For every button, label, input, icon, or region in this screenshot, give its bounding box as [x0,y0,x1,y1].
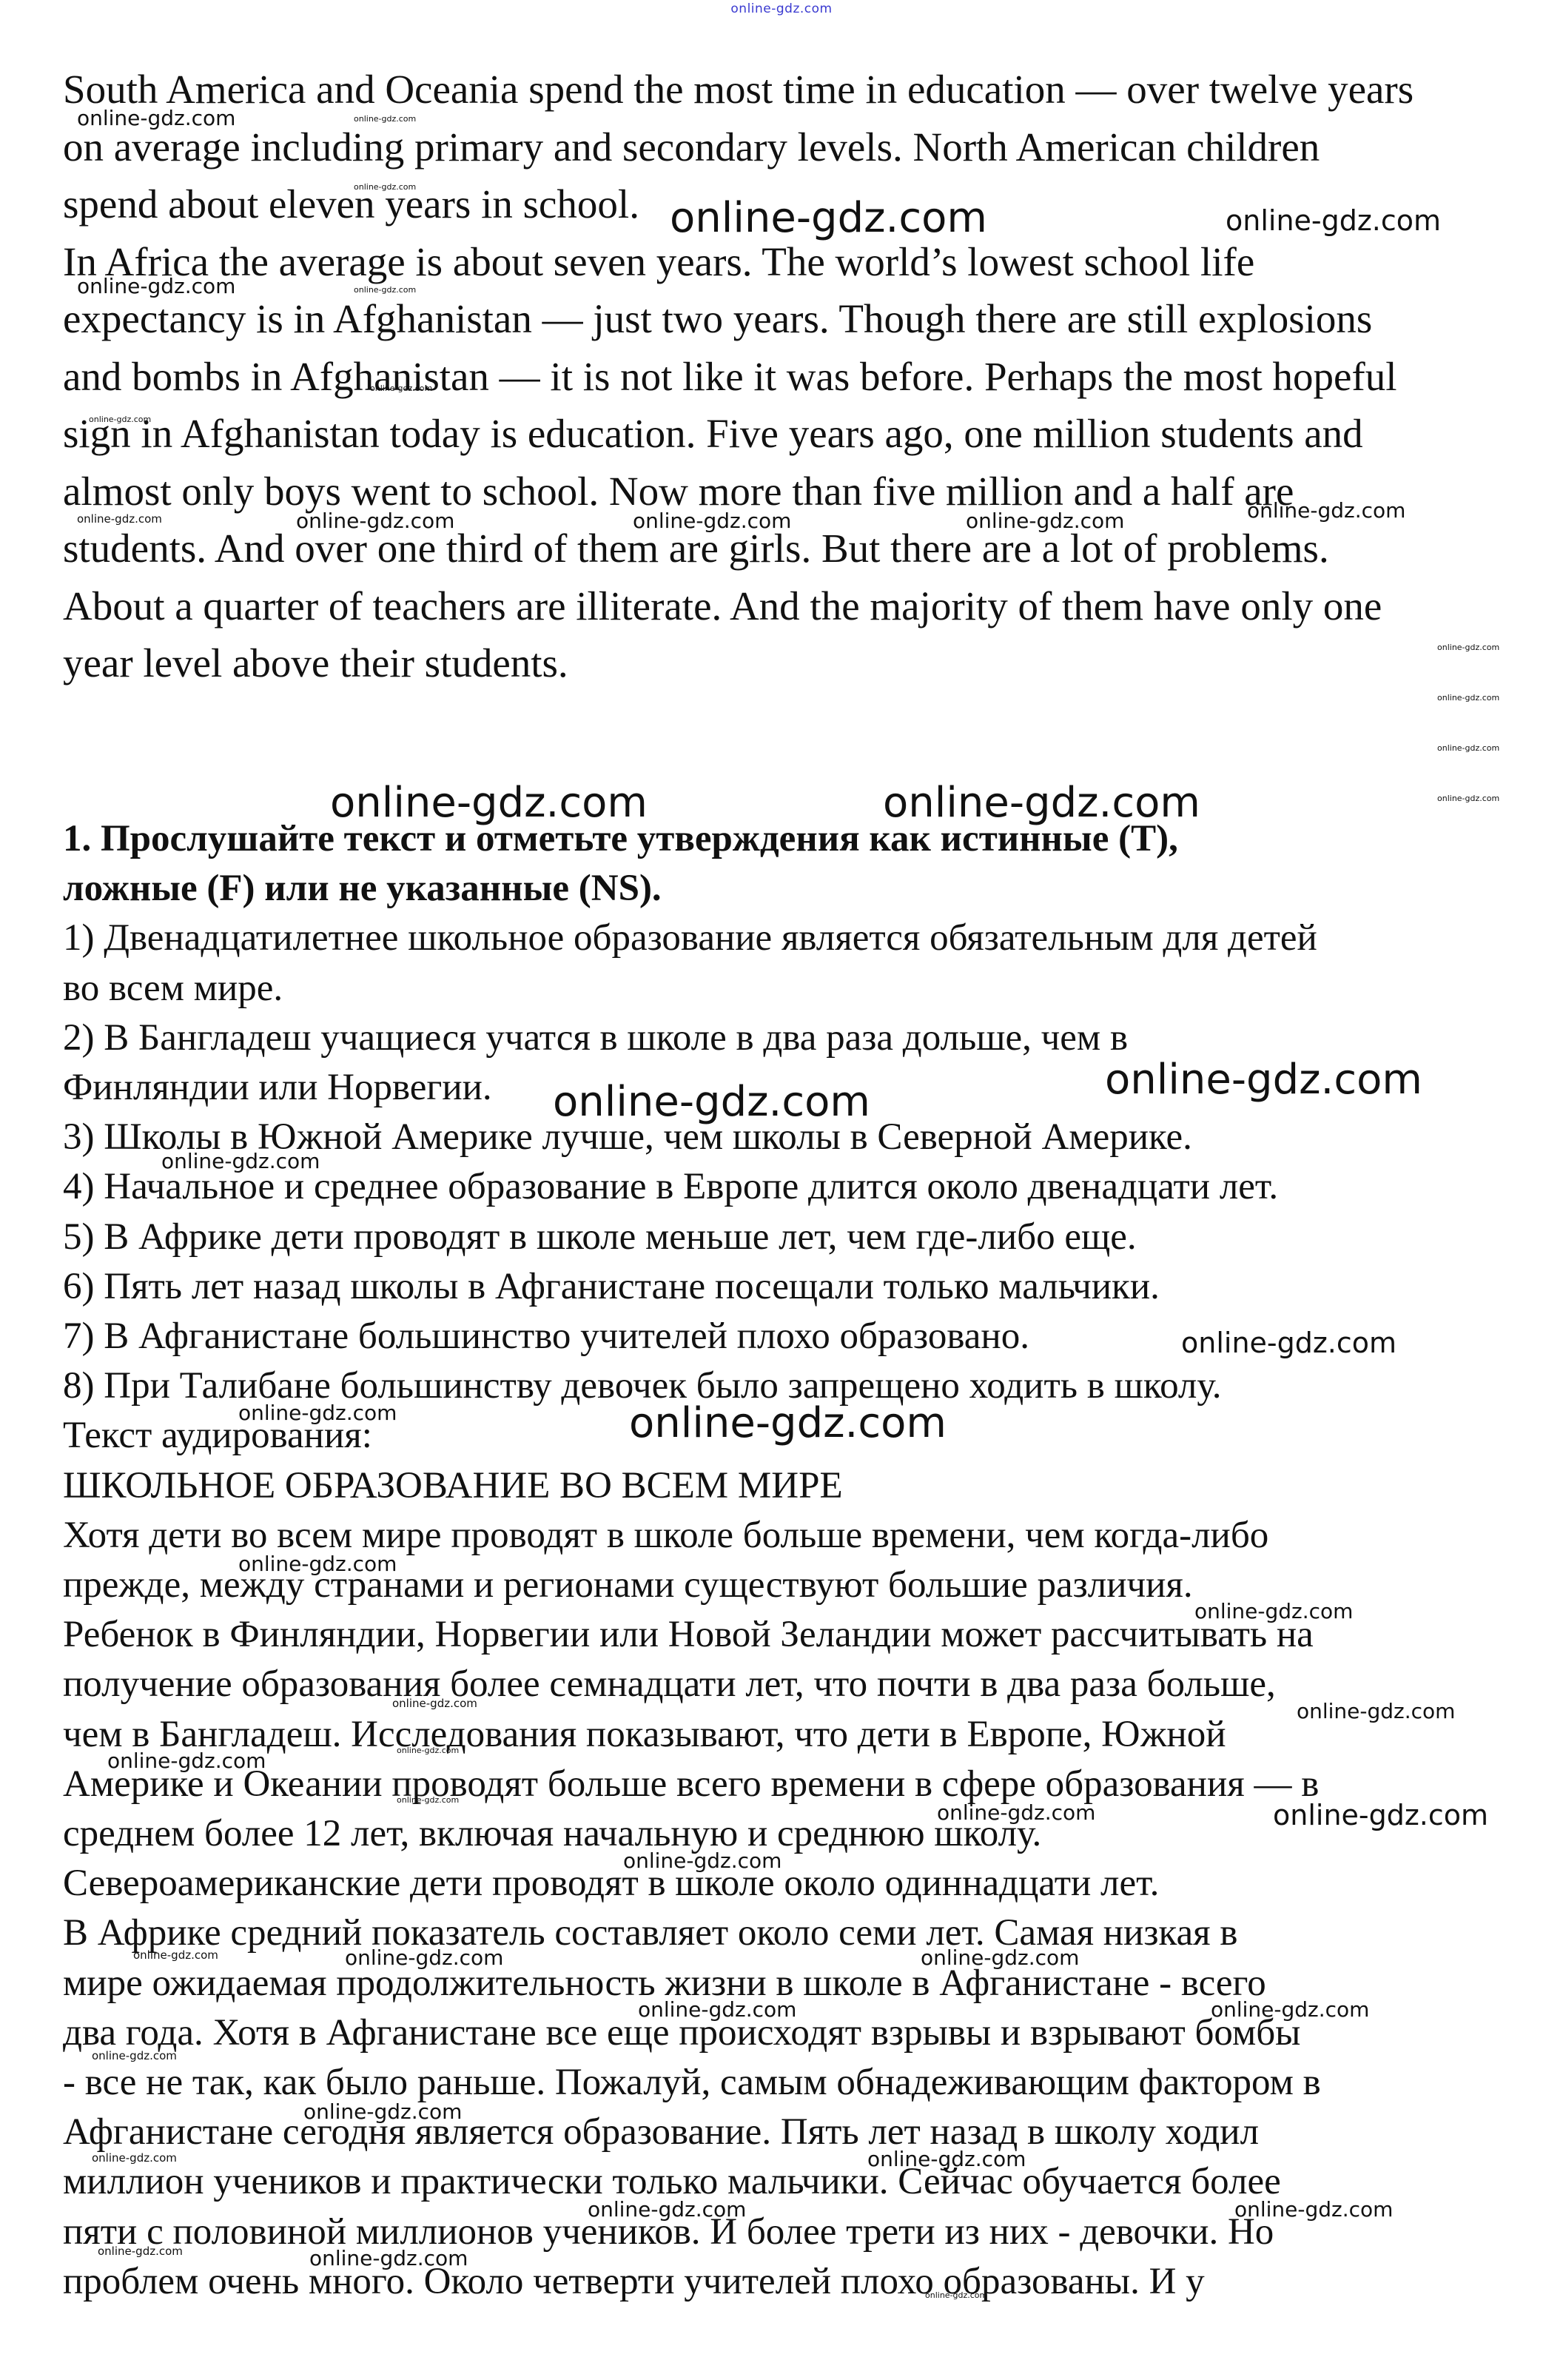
transcript-line: чем в Бангладеш. Исследования показывают… [63,1710,1536,1760]
transcript-line: Ребенок в Финляндии, Норвегии или Новой … [63,1610,1536,1660]
statement-line: 4) Начальное и среднее образование в Евр… [63,1162,1536,1212]
english-passage: South America and Oceania spend the most… [63,61,1528,692]
statement-line: 3) Школы в Южной Америке лучше, чем школ… [63,1113,1536,1162]
transcript-line: два года. Хотя в Афганистане все еще про… [63,2008,1536,2058]
transcript-line: прежде, между странами и регионами сущес… [63,1561,1536,1610]
top-watermark: online-gdz.com [0,1,1563,16]
transcript-line: В Африке средний показатель составляет о… [63,1908,1536,1958]
transcript-label: Текст аудирования: [63,1411,1536,1461]
passage-line: spend about eleven years in school. [63,175,1528,233]
watermark: online-gdz.com [1437,693,1499,703]
statement-line: Финляндии или Норвегии. [63,1063,1536,1113]
transcript-heading: ШКОЛЬНОЕ ОБРАЗОВАНИЕ ВО ВСЕМ МИРЕ [63,1461,1536,1511]
watermark: online-gdz.com [1437,794,1499,803]
statement-line: 6) Пять лет назад школы в Афганистане по… [63,1262,1536,1312]
passage-line: sign in Afghanistan today is education. … [63,405,1528,463]
task-title: ложные (F) или не указанные (NS). [63,864,1536,914]
transcript-line: Североамериканские дети проводят в школе… [63,1859,1536,1908]
transcript-line: - все не так, как было раньше. Пожалуй, … [63,2058,1536,2108]
transcript-line: миллион учеников и практически только ма… [63,2157,1536,2207]
document-page: online-gdz.com South America and Oceania… [0,0,1563,2380]
transcript-line: получение образования более семнадцати л… [63,1660,1536,1709]
statement-line: 8) При Талибане большинству девочек было… [63,1361,1536,1411]
task-title: 1. Прослушайте текст и отметьте утвержде… [63,814,1536,864]
passage-line: expectancy is in Afghanistan — just two … [63,290,1528,348]
passage-line: year level above their students. [63,634,1528,692]
passage-line: almost only boys went to school. Now mor… [63,463,1528,520]
passage-line: In Africa the average is about seven yea… [63,233,1528,291]
passage-line: on average including primary and seconda… [63,118,1528,176]
watermark: online-gdz.com [1437,743,1499,753]
transcript-line: пяти с половиной миллионов учеников. И б… [63,2208,1536,2257]
transcript-line: среднем более 12 лет, включая начальную … [63,1809,1536,1859]
transcript-line: проблем очень много. Около четверти учит… [63,2257,1536,2307]
transcript-line: Хотя дети во всем мире проводят в школе … [63,1511,1536,1561]
passage-line: and bombs in Afghanistan — it is not lik… [63,348,1528,406]
passage-line: South America and Oceania spend the most… [63,61,1528,118]
transcript-line: Америке и Океании проводят больше всего … [63,1760,1536,1809]
statement-line: 1) Двенадцатилетнее школьное образование… [63,914,1536,963]
statement-line: 5) В Африке дети проводят в школе меньше… [63,1213,1536,1262]
transcript-line: Афганистане сегодня является образование… [63,2108,1536,2157]
statement-line: 7) В Афганистане большинство учителей пл… [63,1312,1536,1361]
passage-line: About a quarter of teachers are illitera… [63,577,1528,635]
transcript-line: мире ожидаемая продолжительность жизни в… [63,1959,1536,2008]
statement-line: 2) В Бангладеш учащиеся учатся в школе в… [63,1013,1536,1063]
passage-line: students. And over one third of them are… [63,520,1528,577]
russian-section: 1. Прослушайте текст и отметьте утвержде… [63,814,1536,2307]
statement-line: во всем мире. [63,964,1536,1013]
